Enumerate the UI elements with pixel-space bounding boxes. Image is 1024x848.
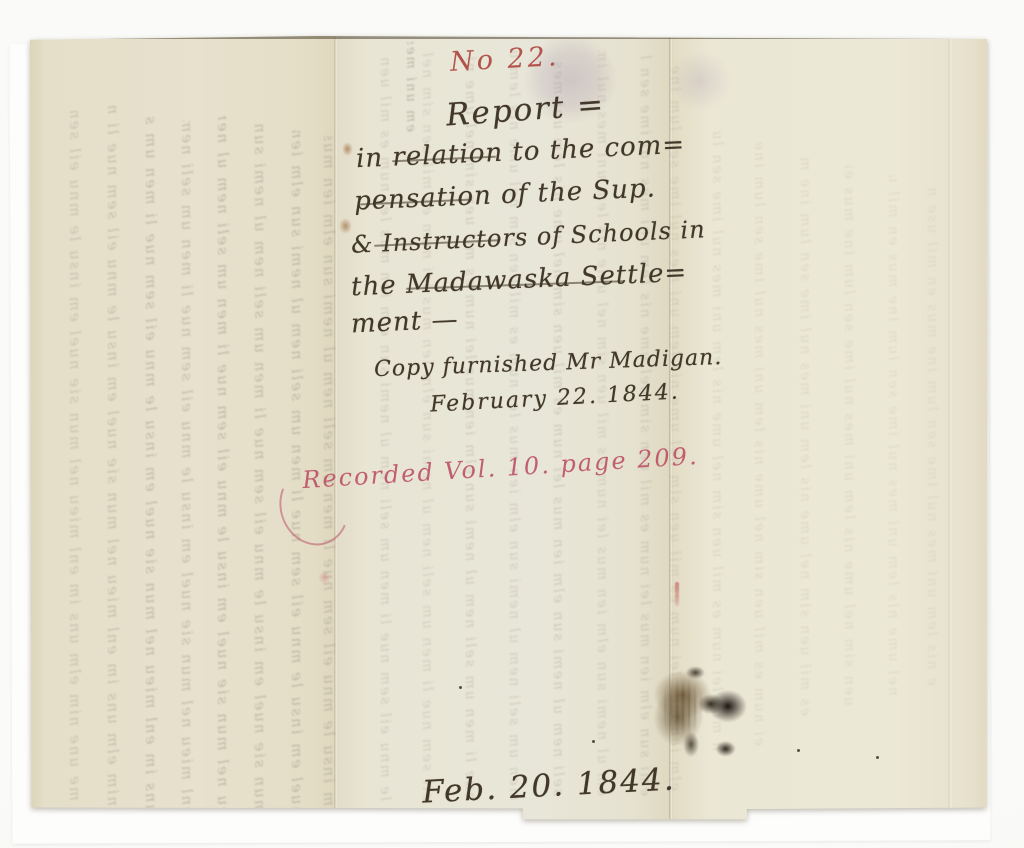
paper-sheet: me une nim elm uns im enl mieu nel mun s… (30, 36, 987, 820)
ink-speck (876, 756, 879, 759)
docket-body-line: ment — (350, 305, 459, 340)
fold-crease-left (334, 36, 338, 820)
panel-left (30, 36, 337, 820)
ink-speck (459, 686, 462, 689)
seal-blot (650, 648, 758, 760)
document-paper: me une nim elm uns im enl mieu nel mun s… (30, 36, 987, 820)
ink-speck (592, 740, 595, 743)
fold-crease-edge (948, 36, 952, 820)
docket-number: No 22. (449, 41, 560, 78)
ink-speck (797, 749, 800, 752)
scan-background: me une nim elm uns im enl mieu nel mun s… (0, 0, 1024, 848)
seal-blot-streaks (658, 676, 706, 738)
paper-top-edge (30, 36, 987, 39)
